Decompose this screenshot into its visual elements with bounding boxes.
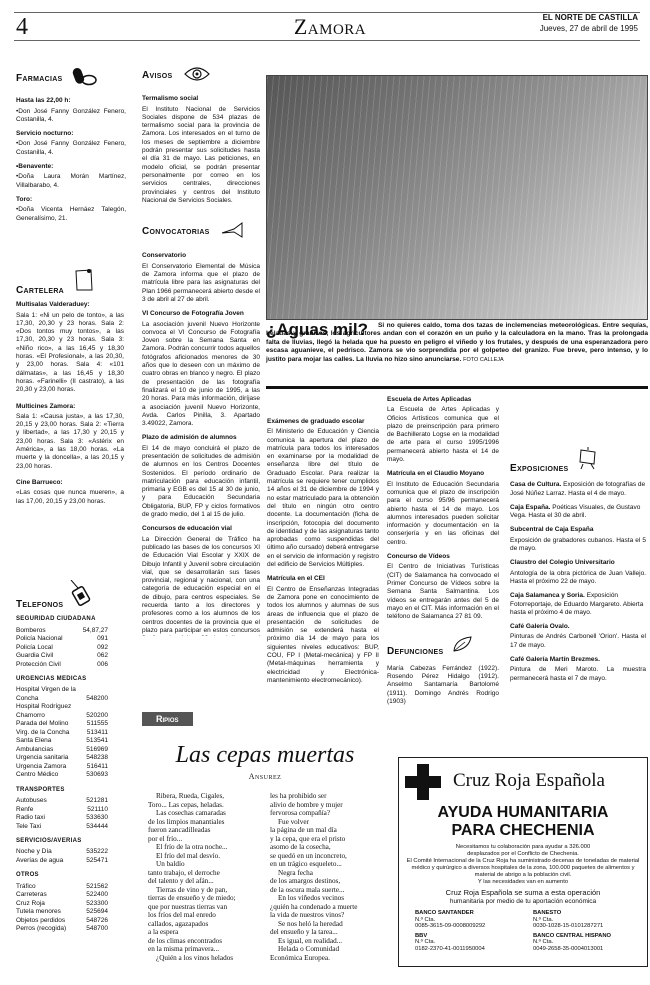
phone-row: Guardia Civil062 bbox=[16, 652, 108, 661]
phone-row: Tráfico521562 bbox=[16, 883, 108, 892]
ad-body-line: desplazados por el Conflicto de Checheni… bbox=[405, 851, 641, 858]
account-number: 0182-2370-41-0011950004 bbox=[415, 946, 523, 953]
convocatoria-title: VI Concurso de Fotografía Joven bbox=[142, 310, 260, 318]
convocatoria-body: El Ministerio de Educación y Ciencia com… bbox=[267, 428, 379, 569]
photo-bottom-rule bbox=[266, 386, 648, 389]
phone-label: Urgencia sanitaria bbox=[16, 754, 68, 763]
phone-row: Hospital Rodríguez Chamorro520200 bbox=[16, 703, 108, 720]
farmacia-label: Servicio nocturno: bbox=[16, 130, 126, 138]
phone-number: 535222 bbox=[86, 848, 108, 857]
phone-number: 521110 bbox=[87, 806, 108, 815]
poem-line: se quedó en un inconcreto, bbox=[270, 852, 390, 861]
poem-line: de la oscura mala suerte... bbox=[270, 886, 390, 895]
ad-bank-accounts: BANCO SANTANDERN.º Cta.0085-3615-09-0008… bbox=[405, 910, 641, 952]
phone-row: Ambulancias516969 bbox=[16, 746, 108, 755]
convocatoria-title: Escuela de Artes Aplicadas bbox=[387, 396, 499, 404]
easel-icon bbox=[577, 446, 599, 473]
phone-number: 516969 bbox=[86, 746, 108, 755]
ad-body: Necesitamos tu colaboración para ayudar … bbox=[405, 844, 641, 886]
farmacia-entry: •Doña Vicenta Hernáez Talegón, Generalís… bbox=[16, 206, 126, 223]
poem-line: la vida de nuestros vinos? bbox=[270, 911, 390, 920]
phone-label: Guardia Civil bbox=[16, 652, 53, 661]
convocatoria-title: Exámenes de graduado escolar bbox=[267, 418, 379, 426]
ad-cta-line: humanitaria por medio de tu aportación e… bbox=[405, 897, 641, 906]
convocatoria-body: El Instituto de Educación Secundaria com… bbox=[387, 481, 499, 547]
header-bottom-rule bbox=[14, 40, 640, 41]
leaf-icon bbox=[451, 635, 473, 656]
convocatoria-body: El Conservatorio Elemental de Música de … bbox=[142, 263, 260, 304]
farmacias-heading: Farmacias bbox=[16, 75, 63, 83]
issue-date: Jueves, 27 de abril de 1995 bbox=[540, 23, 638, 34]
bank-account: BANCO CENTRAL HISPANON.º Cta.0049-2658-3… bbox=[533, 933, 641, 953]
phone-row: Policía Nacional091 bbox=[16, 635, 108, 644]
phone-number: 533630 bbox=[86, 814, 108, 823]
convocatorias-col4: Escuela de Artes Aplicadas La Escuela de… bbox=[387, 396, 499, 709]
poem-line: de los amargos destinos, bbox=[270, 877, 390, 886]
newspaper-name: EL NORTE DE CASTILLA bbox=[543, 13, 638, 22]
ad-headline-1: AYUDA HUMANITARIA bbox=[405, 804, 641, 822]
eye-icon bbox=[184, 66, 210, 85]
phone-label: Noche y Día bbox=[16, 848, 52, 857]
ad-brand: Cruz Roja Española bbox=[453, 770, 641, 792]
phone-number: 548700 bbox=[86, 925, 108, 934]
exposiciones-heading: Exposiciones bbox=[510, 465, 569, 473]
phone-label: Protección Civil bbox=[16, 661, 61, 670]
phone-row: Cruz Roja523300 bbox=[16, 900, 108, 909]
phone-row: Hospital Virgen de la Concha548200 bbox=[16, 686, 108, 703]
exposicion-desc: Pintura de Meri Maroto. La muestra perma… bbox=[510, 666, 646, 683]
phone-row: Parada del Molino511555 bbox=[16, 720, 108, 729]
phone-number: 092 bbox=[97, 644, 108, 653]
ripios-label: Ripios bbox=[142, 712, 193, 726]
phone-row: Santa Elena513541 bbox=[16, 737, 108, 746]
poem-line: Toro... Las cepas, heladas. bbox=[148, 801, 266, 810]
poem-author: Ansurez bbox=[140, 772, 390, 781]
phone-group-label: TRANSPORTES bbox=[16, 786, 108, 794]
ad-body-line: Necesitamos tu colaboración para ayudar … bbox=[405, 844, 641, 851]
farmacia-label: •Benavente: bbox=[16, 163, 126, 171]
phone-label: Santa Elena bbox=[16, 737, 51, 746]
poem-line: Helada o Comunidad bbox=[270, 945, 390, 954]
poem-line: de los limpios manantiales bbox=[148, 818, 266, 827]
poem-line: El frío de la otra noche... bbox=[148, 843, 266, 852]
phone-number: 525471 bbox=[86, 857, 108, 866]
poem-line: en la misma primavera... bbox=[148, 945, 266, 954]
phone-group-transportes: Autobuses521281 Renfe521110 Radio taxi53… bbox=[16, 797, 108, 831]
poem-line: fueron zancadilleadas bbox=[148, 826, 266, 835]
phone-label: Virg. de la Concha bbox=[16, 729, 69, 738]
aviso-title: Termalismo social bbox=[142, 95, 260, 103]
convocatoria-body: El Centro de Iniciativas Turísticas (CIT… bbox=[387, 563, 499, 621]
bank-name: BANCO CENTRAL HISPANO bbox=[533, 933, 611, 939]
phone-number: 548200 bbox=[86, 695, 108, 704]
phone-number: 523300 bbox=[86, 900, 108, 909]
poem-line: y la cepa, que era el pristo bbox=[270, 835, 390, 844]
phone-row: Protección Civil006 bbox=[16, 661, 108, 670]
exposicion-item: Caja Salamanca y Soria. Exposición Fotor… bbox=[510, 592, 646, 617]
exposicion-venue: Claustro del Colegio Universitario bbox=[510, 559, 646, 567]
exposicion-desc: Pinturas de Andrés Carbonell 'Orion'. Ha… bbox=[510, 633, 646, 650]
phone-number: 521281 bbox=[86, 797, 108, 806]
phone-label: Perros (recogida) bbox=[16, 925, 66, 934]
convocatorias-continued: Exámenes de graduado escolar El Minister… bbox=[267, 396, 379, 688]
poem-column-1: Ribera, Rueda, Cigales, Toro... Las cepa… bbox=[148, 792, 266, 962]
phone-number: 006 bbox=[97, 661, 108, 670]
phone-row: Objetos perdidos548726 bbox=[16, 917, 108, 926]
phone-number: 534444 bbox=[86, 823, 108, 832]
phone-label: Ambulancias bbox=[16, 746, 53, 755]
ad-headline-2: PARA CHECHENIA bbox=[405, 822, 641, 840]
phone-number: 548238 bbox=[86, 754, 108, 763]
phone-label: Tele Taxi bbox=[16, 823, 41, 832]
convocatoria-title: Concurso de Vídeos bbox=[387, 553, 499, 561]
photo-caption: Si no quieres caldo, toma dos tazas de i… bbox=[266, 322, 648, 364]
phone-label: Hospital Rodríguez Chamorro bbox=[16, 703, 76, 720]
phone-row: Urgencia Zamora516411 bbox=[16, 763, 108, 772]
exposicion-venue: Subcentral de Caja España bbox=[510, 526, 646, 534]
phone-row: Noche y Día535222 bbox=[16, 848, 108, 857]
phone-row: Tutela menores525694 bbox=[16, 908, 108, 917]
convocatoria-title: Plazo de admisión de alumnos bbox=[142, 434, 260, 442]
poem-line: a la espera bbox=[148, 928, 266, 937]
poem-line: los fríos del mal enredo bbox=[148, 911, 266, 920]
farmacia-label: Hasta las 22,00 h: bbox=[16, 97, 126, 105]
phone-label: Tutela menores bbox=[16, 908, 61, 917]
phone-group-seguridad: Bomberos54,87,27 Policía Nacional091 Pol… bbox=[16, 627, 108, 670]
phone-label: Policía Local bbox=[16, 644, 53, 653]
phone-number: 530693 bbox=[86, 771, 108, 780]
convocatorias-heading: Convocatorias bbox=[142, 228, 210, 236]
poem-line: fervorosa compañía? bbox=[270, 809, 390, 818]
convocatoria-body: El 14 de mayo concluirá el plazo de pres… bbox=[142, 445, 260, 520]
cinema-name: Multisalas Valderaduey: bbox=[16, 301, 124, 309]
phone-number: 511555 bbox=[87, 720, 108, 729]
bank-account: BBVN.º Cta.0182-2370-41-0011950004 bbox=[415, 933, 523, 953]
phone-label: Hospital Virgen de la Concha bbox=[16, 686, 76, 703]
convocatoria-body: El Centro de Enseñanzas Integradas de Za… bbox=[267, 586, 379, 686]
poem-title: Las cepas muertas bbox=[140, 742, 390, 769]
defunciones-list: María Cabezas Ferrández (1922). Rosendo … bbox=[387, 665, 499, 706]
exposicion-venue: Casa de Cultura. bbox=[510, 481, 561, 488]
poem-line: Económica Europea. bbox=[270, 954, 390, 963]
phone-row: Autobuses521281 bbox=[16, 797, 108, 806]
farmacia-entry: •Don José Fanny González Fenero, Costani… bbox=[16, 140, 126, 157]
phone-label: Cruz Roja bbox=[16, 900, 45, 909]
photo-credit: FOTO CALLEJA bbox=[463, 357, 504, 363]
convocatoria-body: La Dirección General de Tráfico ha publi… bbox=[142, 536, 260, 636]
defunciones-heading: Defunciones bbox=[387, 648, 443, 656]
cinema-name: Cine Barrueco: bbox=[16, 479, 124, 487]
ad-body-line: El Comité Internacional de la Cruz Roja … bbox=[405, 858, 641, 879]
phone-label: Centro Médico bbox=[16, 771, 58, 780]
cruz-roja-advertisement: Cruz Roja Española AYUDA HUMANITARIA PAR… bbox=[398, 757, 648, 967]
exposicion-venue: Caja España. bbox=[510, 504, 550, 511]
poem-line: ¿Quién a los vinos helados bbox=[148, 954, 266, 963]
cartelera-section: Cartelera Multisalas Valderaduey: Sala 1… bbox=[16, 268, 124, 509]
phone-label: Carreteras bbox=[16, 891, 47, 900]
poem-line: del talento y del afán... bbox=[148, 877, 266, 886]
exposicion-venue: Caja Salamanca y Soria. bbox=[510, 592, 585, 599]
farmacia-entry: •Doña Laura Morán Martínez, Villalbarabo… bbox=[16, 173, 126, 190]
phone-row: Policía Local092 bbox=[16, 644, 108, 653]
poem-line: la página de un mal día bbox=[270, 826, 390, 835]
farmacia-entry: •Don José Fanny González Fenero, Costani… bbox=[16, 108, 126, 125]
ad-cta: Cruz Roja Española se suma a esta operac… bbox=[405, 888, 641, 906]
poem-line: asomo de la cosecha, bbox=[270, 843, 390, 852]
phone-label: Objetos perdidos bbox=[16, 917, 65, 926]
poem-line: del ensueño y la tarea... bbox=[270, 928, 390, 937]
convocatoria-body: La asociación juvenil Nuevo Horizonte co… bbox=[142, 321, 260, 429]
phone-row: Perros (recogida)548700 bbox=[16, 925, 108, 934]
phone-label: Policía Nacional bbox=[16, 635, 63, 644]
poem-column-2: les ha prohibido ser alivio de hombre y … bbox=[270, 792, 390, 962]
bank-account: BANCO SANTANDERN.º Cta.0085-3615-09-0008… bbox=[415, 910, 523, 930]
phone-number: 525694 bbox=[86, 908, 108, 917]
poem-line: de los climas encontrados bbox=[148, 937, 266, 946]
exposicion-venue: Café Galería Martín Brezmes. bbox=[510, 656, 646, 664]
convocatoria-title: Matrícula en el Claudio Moyano bbox=[387, 470, 499, 478]
poem-line: ¿quién ha condenado a muerte bbox=[270, 903, 390, 912]
phone-number: 091 bbox=[97, 635, 108, 644]
phone-row: Urgencia sanitaria548238 bbox=[16, 754, 108, 763]
account-number: 0049-2658-35-0004013001 bbox=[533, 946, 641, 953]
phone-number: 548726 bbox=[86, 917, 108, 926]
news-photo-hail-street bbox=[266, 75, 648, 320]
exposicion-desc: Antología de la obra pictórica de Juan V… bbox=[510, 570, 646, 587]
convocatoria-body: La Escuela de Artes Aplicadas y Oficios … bbox=[387, 406, 499, 464]
phone-number: 513411 bbox=[87, 729, 108, 738]
phone-number: 516411 bbox=[87, 763, 108, 772]
phone-label: Bomberos bbox=[16, 627, 46, 636]
phone-label: Averías de agua bbox=[16, 857, 63, 866]
cinema-listing: Sala 1: «Causa justa», a las 17,30, 20,1… bbox=[16, 413, 124, 471]
phone-row: Tele Taxi534444 bbox=[16, 823, 108, 832]
phone-row: Centro Médico530693 bbox=[16, 771, 108, 780]
cartelera-heading: Cartelera bbox=[16, 287, 64, 295]
phone-icon bbox=[69, 580, 93, 609]
convocatoria-title: Conservatorio bbox=[142, 252, 260, 260]
phone-number: 513541 bbox=[86, 737, 108, 746]
phone-row: Averías de agua525471 bbox=[16, 857, 108, 866]
cinema-listing: Sala 1: «Ni un pelo de tonto», a las 17,… bbox=[16, 312, 124, 395]
poem-line: tierras de ensueño y de miedo; bbox=[148, 894, 266, 903]
farmacia-label: Toro: bbox=[16, 196, 126, 204]
phone-row: Renfe521110 bbox=[16, 806, 108, 815]
phone-label: Renfe bbox=[16, 806, 33, 815]
poem-line: les ha prohibido ser bbox=[270, 792, 390, 801]
phone-number: 521562 bbox=[86, 883, 108, 892]
avisos-heading: Avisos bbox=[142, 72, 172, 80]
note-icon bbox=[74, 268, 94, 295]
phone-label: Tráfico bbox=[16, 883, 36, 892]
exposicion-item: Caja España. Poéticas Visuales, de Gusta… bbox=[510, 504, 646, 521]
aviso-body: El Instituto Nacional de Servicios Socia… bbox=[142, 106, 260, 206]
poem-line: Un baldío bbox=[148, 860, 266, 869]
telefonos-section: Telefonos SEGURIDAD CIUDADANA Bomberos54… bbox=[16, 580, 108, 934]
account-number: 0030-1028-15-0101287271 bbox=[533, 923, 641, 930]
section-title: Zamora bbox=[230, 14, 430, 40]
page-number: 4 bbox=[16, 14, 28, 41]
poem-line: callados, agazapados bbox=[148, 920, 266, 929]
phone-number: 062 bbox=[97, 652, 108, 661]
phone-number: 522400 bbox=[86, 891, 108, 900]
exposicion-venue: Café Galería Ovalo. bbox=[510, 623, 646, 631]
bank-name: BANCO SANTANDER bbox=[415, 910, 474, 916]
cinema-listing: «Las cosas que nunca mueren», a las 17,0… bbox=[16, 489, 124, 506]
newspaper-masthead: EL NORTE DE CASTILLA Jueves, 27 de abril… bbox=[540, 12, 638, 34]
phone-label: Autobuses bbox=[16, 797, 47, 806]
poem-line: Se nos heló la heredad bbox=[270, 920, 390, 929]
phone-group-servicios: Noche y Día535222 Averías de agua525471 bbox=[16, 848, 108, 865]
phone-label: Parada del Molino bbox=[16, 720, 68, 729]
bank-account: BANESTON.º Cta.0030-1028-15-0101287271 bbox=[533, 910, 641, 930]
phone-group-label: SERVICIOS/AVERIAS bbox=[16, 837, 108, 845]
poem-line: El frío del mal desvío. bbox=[148, 852, 266, 861]
convocatoria-title: Concursos de educación vial bbox=[142, 525, 260, 533]
poem-line: que por nuestras tierras van bbox=[148, 903, 266, 912]
poem-line: alivio de hombre y mujer bbox=[270, 801, 390, 810]
poem-line: Es igual, en realidad... bbox=[270, 937, 390, 946]
cinema-name: Multicines Zamora: bbox=[16, 403, 124, 411]
poem-line: Tierras de vino y de pan, bbox=[148, 886, 266, 895]
poem-line: Fue volver bbox=[270, 818, 390, 827]
red-cross-icon bbox=[405, 764, 441, 800]
phone-label: Urgencia Zamora bbox=[16, 763, 66, 772]
phone-group-label: SEGURIDAD CIUDADANA bbox=[16, 615, 108, 623]
phone-label: Radio taxi bbox=[16, 814, 45, 823]
caption-text: Si no quieres caldo, toma dos tazas de i… bbox=[266, 322, 648, 363]
exposicion-item: Casa de Cultura. Exposición de fotografí… bbox=[510, 481, 646, 498]
phone-group-urgencias: Hospital Virgen de la Concha548200 Hospi… bbox=[16, 686, 108, 780]
avisos-section: Avisos Termalismo social El Instituto Na… bbox=[142, 66, 260, 639]
poem-line: por el frío... bbox=[148, 835, 266, 844]
phone-number: 520200 bbox=[86, 712, 108, 721]
ad-cta-line: Cruz Roja Española se suma a esta operac… bbox=[405, 888, 641, 897]
account-number: 0085-3615-09-0008009292 bbox=[415, 923, 523, 930]
exposiciones-section: Exposiciones Casa de Cultura. Exposición… bbox=[510, 446, 646, 686]
exposicion-desc: Exposición de grabadores cubanos. Hasta … bbox=[510, 537, 646, 554]
convocatoria-title: Matrícula en el CEI bbox=[267, 575, 379, 583]
phone-row: Virg. de la Concha513411 bbox=[16, 729, 108, 738]
trumpet-icon bbox=[220, 221, 244, 242]
poem-line: Negra fecha bbox=[270, 869, 390, 878]
phone-row: Radio taxi533630 bbox=[16, 814, 108, 823]
phone-row: Carreteras522400 bbox=[16, 891, 108, 900]
phone-row: Bomberos54,87,27 bbox=[16, 627, 108, 636]
poem-line: Las cosechas camaradas bbox=[148, 809, 266, 818]
poem-line: tanto trabajo, el derroche bbox=[148, 869, 266, 878]
telefonos-heading: Telefonos bbox=[16, 601, 63, 609]
phone-group-otros: Tráfico521562 Carreteras522400 Cruz Roja… bbox=[16, 883, 108, 934]
bank-name: BBV bbox=[415, 933, 427, 939]
poem-line: en un trágico esqueleto... bbox=[270, 860, 390, 869]
bank-name: BANESTO bbox=[533, 910, 561, 916]
farmacias-section: Farmacias Hasta las 22,00 h: •Don José F… bbox=[16, 66, 126, 226]
ad-body-line: Y las necesidades van en aumento bbox=[405, 879, 641, 886]
poem-line: En los viñedos vecinos bbox=[270, 894, 390, 903]
phone-group-label: OTROS bbox=[16, 871, 108, 879]
phone-number: 54,87,27 bbox=[83, 627, 108, 636]
pills-icon bbox=[71, 66, 97, 91]
poem-line: Ribera, Rueda, Cigales, bbox=[148, 792, 266, 801]
phone-group-label: URGENCIAS MEDICAS bbox=[16, 675, 108, 683]
